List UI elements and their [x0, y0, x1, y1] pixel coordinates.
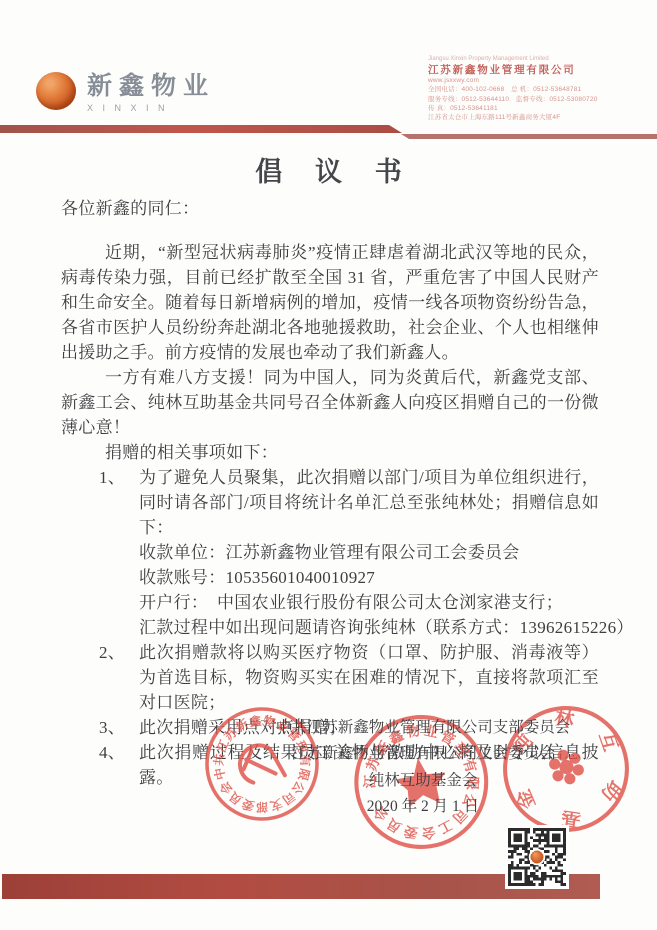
contact-company-cn: 江苏新鑫物业管理有限公司 — [428, 64, 643, 76]
bank-detail-line: 收款单位：江苏新鑫物业管理有限公司工会委员会 — [139, 540, 599, 565]
list-marker: 1、 — [99, 465, 125, 490]
logo-brand-en: XINXIN — [87, 103, 215, 113]
list-marker: 3、 — [99, 715, 125, 740]
signature-date: 2020 年 2 月 1 日 — [238, 794, 608, 820]
list-marker: 4、 — [99, 740, 125, 765]
contact-company-en: Jiangsu Xinxin Property Management Limit… — [428, 55, 643, 63]
contact-phone-1: 全国电话：400-102-0668 总 机：0512-53648781 — [428, 85, 643, 94]
contact-block: Jiangsu Xinxin Property Management Limit… — [428, 55, 643, 122]
page-title: 倡 议 书 — [0, 150, 657, 189]
company-logo: 新鑫物业 XINXIN — [36, 72, 215, 113]
header-divider — [0, 122, 657, 142]
salutation: 各位新鑫的同仁： — [61, 196, 599, 221]
qr-canvas — [508, 828, 566, 886]
list-item: 1、 为了避免人员聚集，此次捐赠以部门/项目为单位组织进行，同时请各部门/项目将… — [61, 465, 599, 640]
page: 新鑫物业 XINXIN Jiangsu Xinxin Property Mana… — [0, 0, 657, 930]
signature-block: 中共江苏新鑫物业管理有限公司支部委员会 江苏新鑫物业管理有限公司工会委员会 纯林… — [238, 715, 608, 821]
paragraph-2: 一方有难八方支援！同为中国人，同为炎黄后代，新鑫党支部、新鑫工会、纯林互助基金共… — [61, 365, 599, 440]
logo-brand-cn: 新鑫物业 — [87, 72, 215, 100]
paragraph-3: 捐赠的相关事项如下： — [61, 440, 599, 465]
bank-detail-line: 收款账号：10535601040010927 — [139, 565, 599, 590]
signature-line: 江苏新鑫物业管理有限公司工会委员会 — [238, 741, 608, 767]
bank-detail-line: 开户行： 中国农业银行股份有限公司太仓浏家港支行； — [139, 590, 599, 615]
bank-detail-line: 汇款过程中如出现问题请咨询张纯林（联系方式：13962615226） — [139, 615, 599, 640]
paragraph-1: 近期，“新型冠状病毒肺炎”疫情正肆虐着湖北武汉等地的民众，病毒传染力强，目前已经… — [61, 240, 599, 365]
logo-sphere-icon — [36, 72, 76, 110]
list-marker: 2、 — [99, 640, 125, 665]
contact-phone-2: 服务专线：0512-53644110 监督专线：0512-53080720 — [428, 95, 643, 104]
signature-line: 纯林互助基金会 — [238, 768, 608, 794]
signature-line: 中共江苏新鑫物业管理有限公司支部委员会 — [238, 715, 608, 741]
list-text: 为了避免人员聚集，此次捐赠以部门/项目为单位组织进行，同时请各部门/项目将统计名… — [139, 468, 599, 537]
contact-website: www.jsxxwy.com — [428, 76, 643, 85]
qr-code — [505, 825, 569, 889]
contact-fax: 传 真：0512-53641181 — [428, 104, 643, 113]
